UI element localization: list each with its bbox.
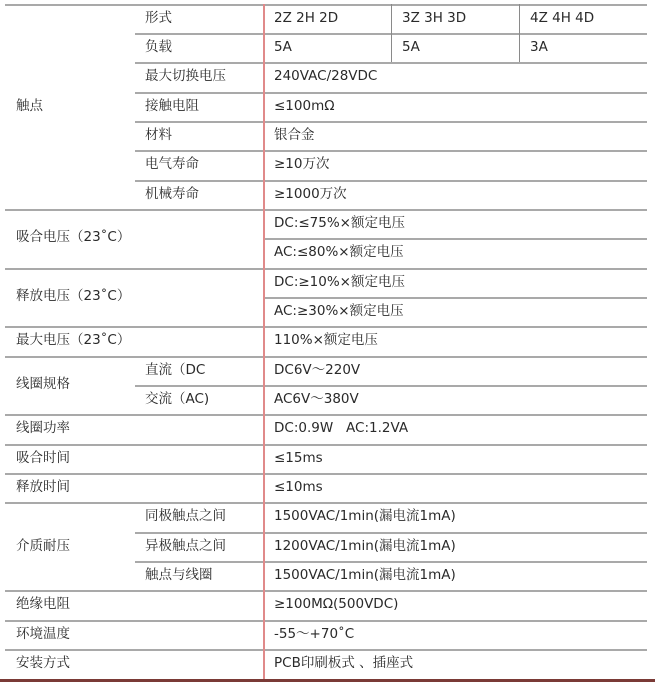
group-label: 释放时间 xyxy=(16,473,70,502)
spec-label: 最大切换电压 xyxy=(145,62,226,91)
spec-value: 240VAC/28VDC xyxy=(274,62,377,91)
spec-value: ≤15ms xyxy=(274,444,323,473)
table-row: 安装方式 PCB印刷板式 、插座式 xyxy=(5,649,647,678)
spec-value: 3A xyxy=(530,33,548,62)
group-label: 吸合电压（23˚C） xyxy=(16,223,130,252)
table-row: 交流（AC) AC6V～380V xyxy=(5,385,647,414)
spec-value: AC:≥30%×额定电压 xyxy=(274,297,404,326)
table-row: 线圈规格 直流（DC DC6V～220V xyxy=(5,356,647,385)
spec-label: 形式 xyxy=(145,4,172,33)
spec-value: 110%×额定电压 xyxy=(274,326,378,355)
spec-value: ≤100mΩ xyxy=(274,92,335,121)
group-label: 环境温度 xyxy=(16,620,70,649)
spec-value: 1200VAC/1min(漏电流1mA) xyxy=(274,532,456,561)
table-row: 线圈功率 DC:0.9W AC:1.2VA xyxy=(5,414,647,443)
spec-label: 材料 xyxy=(145,121,172,150)
group-label: 介质耐压 xyxy=(16,532,70,561)
spec-label: 接触电阻 xyxy=(145,92,199,121)
table-row: 吸合时间 ≤15ms xyxy=(5,444,647,473)
table-row: 介质耐压 异极触点之间 1200VAC/1min(漏电流1mA) xyxy=(5,532,647,561)
spec-value: -55～+70˚C xyxy=(274,620,354,649)
group-label: 释放电压（23˚C） xyxy=(16,282,130,311)
table-row: 绝缘电阻 ≥100MΩ(500VDC) xyxy=(5,590,647,619)
table-row: 最大电压（23˚C） 110%×额定电压 xyxy=(5,326,647,355)
spec-value: PCB印刷板式 、插座式 xyxy=(274,649,413,678)
spec-value: DC:≤75%×额定电压 xyxy=(274,209,405,238)
spec-value: DC6V～220V xyxy=(274,356,360,385)
group-label: 最大电压（23˚C） xyxy=(16,326,130,355)
spec-value: DC:≥10%×额定电压 xyxy=(274,268,405,297)
table-row: 电气寿命 ≥10万次 xyxy=(5,150,647,179)
spec-value: AC:≤80%×额定电压 xyxy=(274,238,404,267)
spec-value: ≤10ms xyxy=(274,473,323,502)
spec-value: 4Z 4H 4D xyxy=(530,4,594,33)
table-row: 负载 5A 5A 3A xyxy=(5,33,647,62)
spec-label: 直流（DC xyxy=(145,356,205,385)
group-label: 吸合时间 xyxy=(16,444,70,473)
table-row: 材料 银合金 xyxy=(5,121,647,150)
spec-label: 机械寿命 xyxy=(145,180,199,209)
group-label: 安装方式 xyxy=(16,649,70,678)
spec-label: 异极触点之间 xyxy=(145,532,226,561)
table-row: 环境温度 -55～+70˚C xyxy=(5,620,647,649)
table-row: 释放电压（23˚C） AC:≥30%×额定电压 xyxy=(5,297,647,326)
spec-value: 1500VAC/1min(漏电流1mA) xyxy=(274,561,456,590)
spec-label: 交流（AC) xyxy=(145,385,209,414)
spec-value: 5A xyxy=(274,33,292,62)
table-row: 机械寿命 ≥1000万次 xyxy=(5,180,647,209)
spec-label: 同极触点之间 xyxy=(145,502,226,531)
group-label: 绝缘电阻 xyxy=(16,590,70,619)
value-column-divider xyxy=(263,4,265,680)
spec-value: AC6V～380V xyxy=(274,385,359,414)
spec-label: 触点与线圈 xyxy=(145,561,213,590)
table-row: 触点与线圈 1500VAC/1min(漏电流1mA) xyxy=(5,561,647,590)
table-row: 最大切换电压 240VAC/28VDC xyxy=(5,62,647,91)
table-row: 形式 2Z 2H 2D 3Z 3H 3D 4Z 4H 4D xyxy=(5,4,647,33)
table-row: 触点 接触电阻 ≤100mΩ xyxy=(5,92,647,121)
table-row: 同极触点之间 1500VAC/1min(漏电流1mA) xyxy=(5,502,647,531)
spec-value: 5A xyxy=(402,33,420,62)
group-label: 触点 xyxy=(16,92,43,121)
spec-label: 电气寿命 xyxy=(145,150,199,179)
spec-value: 银合金 xyxy=(274,121,315,150)
table-row: 吸合电压（23˚C） AC:≤80%×额定电压 xyxy=(5,238,647,267)
spec-value: ≥10万次 xyxy=(274,150,330,179)
spec-value: DC:0.9W AC:1.2VA xyxy=(274,414,408,443)
spec-value: 3Z 3H 3D xyxy=(402,4,466,33)
spec-value: 1500VAC/1min(漏电流1mA) xyxy=(274,502,456,531)
group-label: 线圈功率 xyxy=(16,414,70,443)
table-row: 释放时间 ≤10ms xyxy=(5,473,647,502)
spec-label: 负载 xyxy=(145,33,172,62)
spec-value: ≥100MΩ(500VDC) xyxy=(274,590,398,619)
spec-value: ≥1000万次 xyxy=(274,180,347,209)
spec-value: 2Z 2H 2D xyxy=(274,4,338,33)
